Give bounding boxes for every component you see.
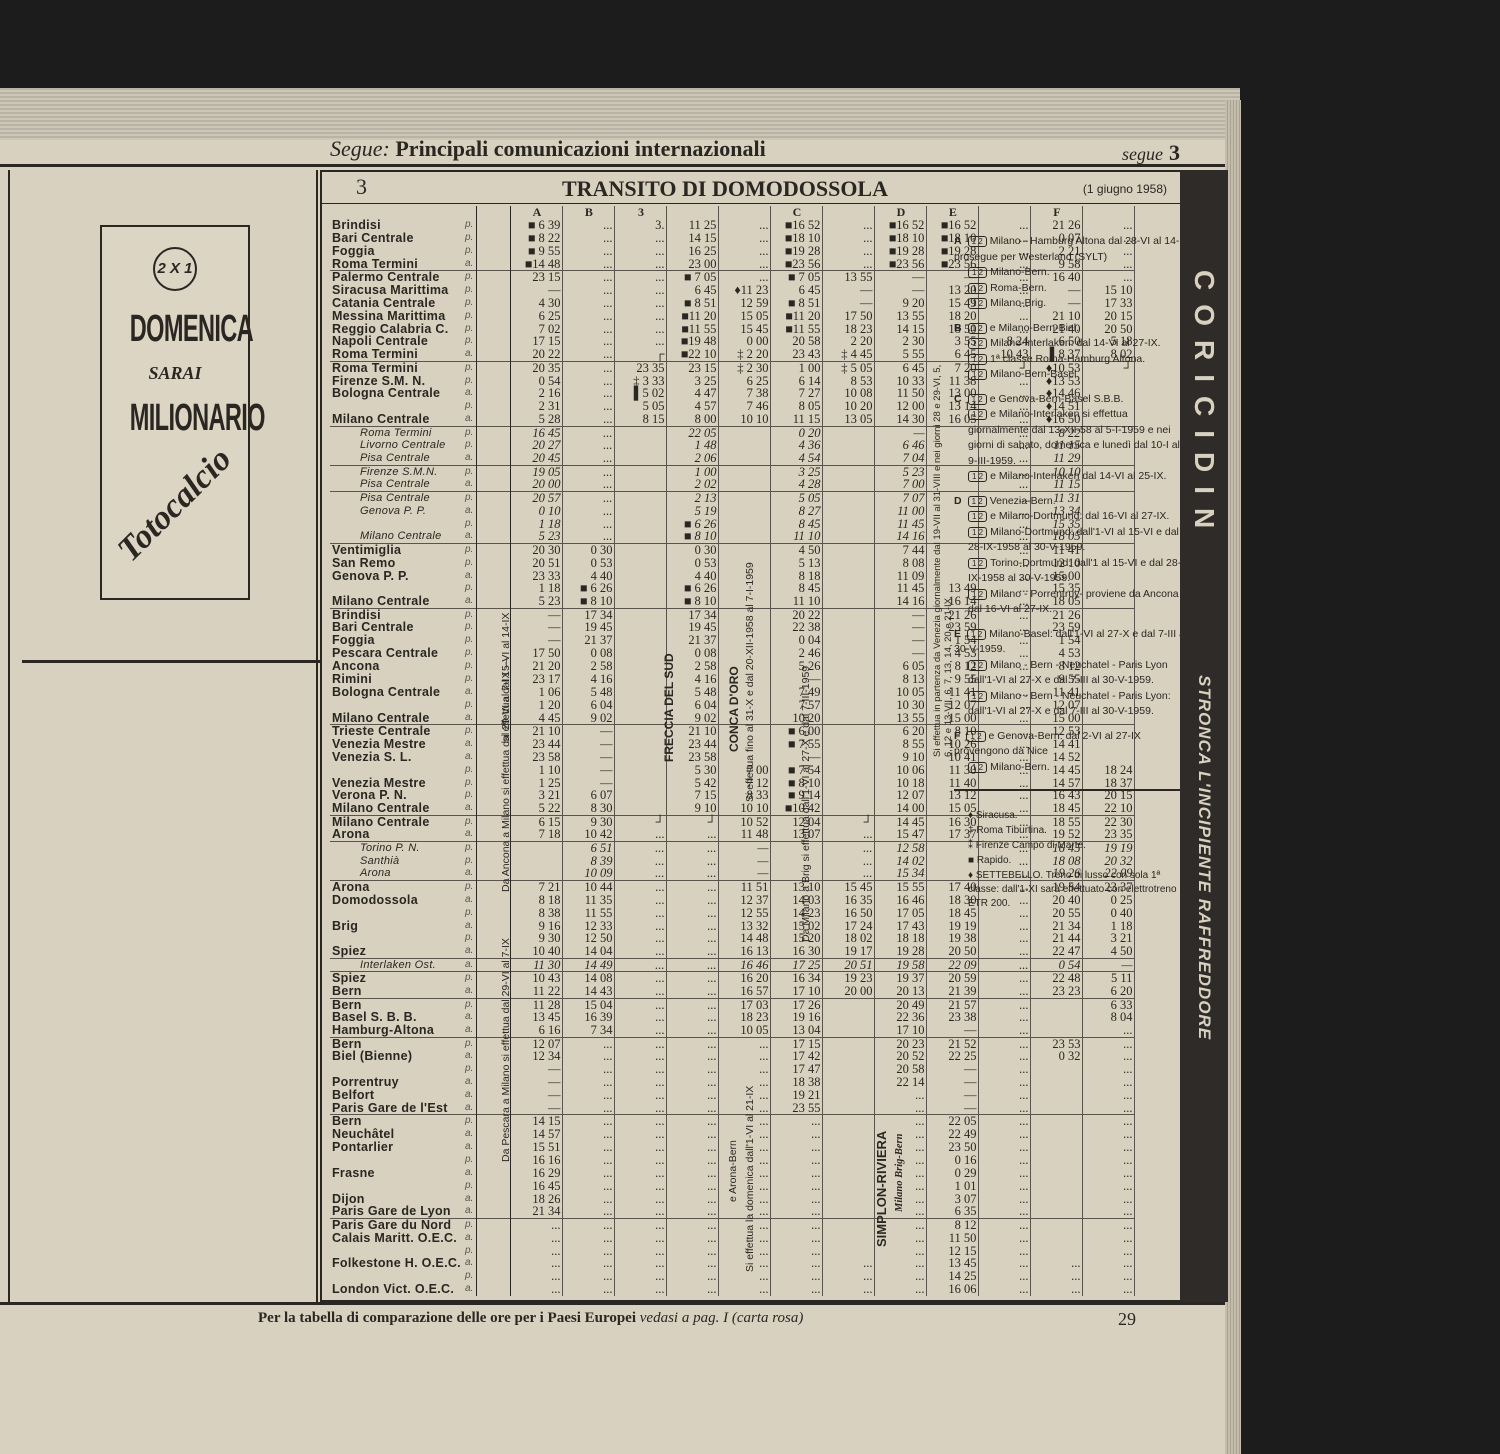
time-cell bbox=[615, 595, 667, 608]
table-title: TRANSITO DI DOMODOSSOLA bbox=[562, 176, 888, 202]
note-text: Venezia-Bern. bbox=[990, 495, 1056, 507]
time-cell: ... bbox=[979, 1283, 1031, 1296]
time-cell bbox=[1031, 1089, 1083, 1102]
arrival-departure-flag: a. bbox=[463, 1167, 477, 1180]
time-cell: ... bbox=[771, 1205, 823, 1218]
table-row: p......................12 15...... bbox=[330, 1244, 1135, 1257]
table-row: Folkestone H. O.E.C.a...................… bbox=[330, 1257, 1135, 1270]
time-cell: — bbox=[875, 647, 927, 660]
time-cell: 4 47 bbox=[667, 387, 719, 400]
route-line bbox=[477, 284, 511, 297]
time-cell: — bbox=[719, 867, 771, 880]
note-col-a-3: Da Pescara a Milano si effettua dal 29-V… bbox=[500, 772, 512, 1162]
station-name: Brig bbox=[330, 919, 463, 932]
time-cell: ... bbox=[1083, 1244, 1135, 1257]
time-cell: ... bbox=[563, 505, 615, 518]
carriage-icon: 1 2 bbox=[968, 369, 987, 380]
time-cell: ... bbox=[563, 1257, 615, 1270]
table-row: Paris Gare du Nordp.....................… bbox=[330, 1218, 1135, 1231]
time-cell: 16 25 bbox=[667, 245, 719, 258]
time-cell: 11 10 bbox=[771, 595, 823, 608]
time-cell: ... bbox=[979, 1037, 1031, 1050]
time-cell bbox=[823, 725, 875, 738]
time-cell: 10 30 bbox=[875, 699, 927, 712]
time-cell: 12 58 bbox=[875, 842, 927, 855]
time-cell: 11 10 bbox=[771, 530, 823, 543]
time-cell: 1 01 bbox=[927, 1180, 979, 1193]
time-cell bbox=[823, 1089, 875, 1102]
time-cell: ... bbox=[563, 1154, 615, 1167]
time-cell: 23 55 bbox=[771, 1102, 823, 1115]
time-cell: 7 00 bbox=[875, 478, 927, 491]
time-cell: 7 38 bbox=[719, 387, 771, 400]
time-cell: 2 13 bbox=[667, 491, 719, 504]
station-name: Siracusa Marittima bbox=[330, 284, 463, 297]
time-cell: ■ 8 51 bbox=[667, 297, 719, 310]
time-cell: 23 00 bbox=[667, 258, 719, 271]
time-cell: ... bbox=[667, 1128, 719, 1141]
time-cell: ... bbox=[979, 1089, 1031, 1102]
time-cell: 0 54 bbox=[1031, 958, 1083, 972]
time-cell bbox=[823, 634, 875, 647]
time-cell: ... bbox=[615, 1076, 667, 1089]
time-cell: 8 15 bbox=[615, 413, 667, 426]
column-header: A bbox=[511, 206, 563, 219]
legend-item: ■ Rapido. bbox=[968, 854, 1190, 868]
arrival-departure-flag: p. bbox=[463, 789, 477, 802]
time-cell: 21 34 bbox=[511, 1205, 563, 1218]
time-cell: ... bbox=[667, 1205, 719, 1218]
station-name: Arona bbox=[330, 867, 463, 880]
time-cell: ... bbox=[1083, 1089, 1135, 1102]
station-name: Firenze S.M.N. bbox=[330, 465, 463, 478]
time-cell: 15 55 bbox=[875, 881, 927, 894]
time-cell bbox=[1031, 1154, 1083, 1167]
legend-item: ‡ Roma Tiburtina. bbox=[968, 824, 1190, 838]
time-cell bbox=[615, 465, 667, 478]
time-cell: ... bbox=[615, 322, 667, 335]
time-cell: ■19 28 bbox=[875, 245, 927, 258]
legend-symbol-icon: ■ bbox=[968, 855, 977, 866]
time-cell bbox=[615, 673, 667, 686]
time-cell: ... bbox=[1083, 1063, 1135, 1076]
time-cell: 20 58 bbox=[875, 1063, 927, 1076]
time-cell bbox=[615, 569, 667, 582]
time-cell bbox=[615, 530, 667, 543]
station-name: Pescara Centrale bbox=[330, 647, 463, 660]
time-cell: 5 28 bbox=[511, 413, 563, 426]
time-cell: 16 06 bbox=[927, 1283, 979, 1296]
time-cell: 19 21 bbox=[771, 1089, 823, 1102]
time-cell: ... bbox=[615, 1180, 667, 1193]
time-cell: ... bbox=[563, 348, 615, 361]
station-name: Venezia Mestre bbox=[330, 738, 463, 751]
time-cell: 8 12 bbox=[927, 1218, 979, 1231]
time-cell: 7 21 bbox=[511, 881, 563, 894]
time-cell: 14 43 bbox=[563, 985, 615, 998]
station-name: Venezia S. L. bbox=[330, 751, 463, 764]
time-cell bbox=[823, 582, 875, 595]
time-cell: ▌5 02 bbox=[615, 387, 667, 400]
time-cell bbox=[823, 1011, 875, 1024]
time-cell: 14 57 bbox=[511, 1128, 563, 1141]
note-text: Milano-Bern-Basel. bbox=[990, 368, 1079, 380]
time-cell: ... bbox=[615, 1063, 667, 1076]
time-cell: ... bbox=[979, 219, 1031, 232]
time-cell bbox=[823, 569, 875, 582]
time-cell: 10 06 bbox=[875, 764, 927, 777]
time-cell: 15 34 bbox=[875, 867, 927, 880]
time-cell: ■16 52 bbox=[875, 219, 927, 232]
station-name: Bologna Centrale bbox=[330, 686, 463, 699]
time-cell: ... bbox=[1083, 1283, 1135, 1296]
arrival-departure-flag: a. bbox=[463, 985, 477, 998]
note-block-f: F1 2e Genova-Bern: dal 2-VI al 27-IX pro… bbox=[954, 729, 1190, 776]
time-cell: ■ 8 10 bbox=[771, 776, 823, 789]
time-cell: ... bbox=[563, 374, 615, 387]
note-key: A bbox=[954, 235, 962, 247]
time-cell: 10 44 bbox=[563, 881, 615, 894]
time-cell bbox=[615, 802, 667, 815]
time-cell: 19 28 bbox=[875, 945, 927, 958]
time-cell bbox=[823, 1244, 875, 1257]
time-cell: ■ 8 10 bbox=[563, 595, 615, 608]
time-cell bbox=[615, 621, 667, 634]
time-cell: ■23 56 bbox=[875, 258, 927, 271]
time-cell: ... bbox=[563, 387, 615, 400]
route-line bbox=[477, 1283, 511, 1296]
time-cell: 21 39 bbox=[927, 985, 979, 998]
time-cell bbox=[615, 776, 667, 789]
time-cell: ... bbox=[667, 1270, 719, 1283]
legend-text: Siracusa. bbox=[976, 810, 1018, 821]
time-cell: ... bbox=[979, 1270, 1031, 1283]
carriage-icon: 1 2 bbox=[968, 298, 987, 309]
note-text: Milano-Basel: dall'1-VI al 27-X e dal 7-… bbox=[954, 628, 1187, 656]
time-cell: — bbox=[563, 725, 615, 738]
station-name: Trieste Centrale bbox=[330, 725, 463, 738]
time-cell: 17 10 bbox=[875, 1024, 927, 1037]
time-cell bbox=[823, 1076, 875, 1089]
time-cell: ... bbox=[875, 1257, 927, 1270]
time-cell: 21 20 bbox=[511, 660, 563, 673]
note-text: Milano - Bern - Neuchatel - Paris Lyon d… bbox=[968, 659, 1168, 687]
station-name: Ventimiglia bbox=[330, 543, 463, 556]
time-cell: 22 49 bbox=[927, 1128, 979, 1141]
time-cell bbox=[1031, 1192, 1083, 1205]
time-cell: 0 53 bbox=[563, 556, 615, 569]
arrival-departure-flag: p. bbox=[463, 647, 477, 660]
time-cell bbox=[823, 1024, 875, 1037]
time-cell: ... bbox=[1083, 1205, 1135, 1218]
time-cell bbox=[1031, 1244, 1083, 1257]
time-cell: — bbox=[511, 608, 563, 621]
time-cell: 10 08 bbox=[823, 387, 875, 400]
arrival-departure-flag: p. bbox=[463, 582, 477, 595]
time-cell: ... bbox=[615, 1218, 667, 1231]
time-cell: — bbox=[927, 1076, 979, 1089]
time-cell: ... bbox=[667, 1283, 719, 1296]
table-number: 3 bbox=[356, 174, 367, 200]
time-cell: ... bbox=[615, 828, 667, 841]
time-cell bbox=[1031, 1102, 1083, 1115]
coricidin-ad: CORICIDIN STRONCA L'INCIPIENTE RAFFREDDO… bbox=[1180, 170, 1228, 1302]
time-cell: ... bbox=[615, 1244, 667, 1257]
station-name: Arona bbox=[330, 881, 463, 894]
time-cell bbox=[1031, 1218, 1083, 1231]
note-text: Milano-Interlaken: dal 14-VI al 27-IX. bbox=[990, 337, 1160, 349]
time-cell: ... bbox=[823, 245, 875, 258]
column-header bbox=[979, 206, 1031, 219]
arrival-departure-flag: p. bbox=[463, 426, 477, 439]
carriage-icon: 1 2 bbox=[968, 762, 987, 773]
time-cell: 5 05 bbox=[771, 491, 823, 504]
notes-panel: A1 2Milano - Hamburg Altona dal 28-VI al… bbox=[954, 234, 1190, 912]
time-cell: ... bbox=[979, 1232, 1031, 1245]
time-cell: 6 04 bbox=[563, 699, 615, 712]
time-cell: ... bbox=[615, 919, 667, 932]
time-cell: 6 45 bbox=[667, 284, 719, 297]
time-cell: 8 18 bbox=[511, 894, 563, 907]
time-cell: ... bbox=[615, 894, 667, 907]
time-cell: 14 16 bbox=[875, 530, 927, 543]
time-cell: ... bbox=[979, 1102, 1031, 1115]
time-cell: 11 50 bbox=[927, 1232, 979, 1245]
time-cell: ... bbox=[823, 828, 875, 841]
time-cell bbox=[823, 738, 875, 751]
time-cell bbox=[615, 634, 667, 647]
time-cell: 19 45 bbox=[563, 621, 615, 634]
legend-item: ⁑ Firenze Campo di Marte. bbox=[968, 839, 1190, 853]
time-cell: ... bbox=[719, 245, 771, 258]
time-cell: ... bbox=[667, 1232, 719, 1245]
arrival-departure-flag: p. bbox=[463, 660, 477, 673]
time-cell: 6 33 bbox=[1083, 998, 1135, 1011]
time-cell bbox=[1031, 998, 1083, 1011]
note-text: Milano - Bern - Neuchatel - Paris Lyon: … bbox=[968, 690, 1171, 718]
station-name: Foggia bbox=[330, 634, 463, 647]
time-cell: 15 05 bbox=[719, 310, 771, 323]
time-cell: 6 45 bbox=[771, 284, 823, 297]
time-cell: ... bbox=[979, 1141, 1031, 1154]
time-cell bbox=[823, 1141, 875, 1154]
station-name: Pisa Centrale bbox=[330, 491, 463, 504]
arrival-departure-flag: p. bbox=[463, 1244, 477, 1257]
time-cell bbox=[823, 1218, 875, 1231]
table-row: Bernp.11 2815 04......17 0317 2620 4921 … bbox=[330, 998, 1135, 1011]
footer-rule bbox=[0, 1302, 1225, 1305]
time-cell: 17 43 bbox=[875, 919, 927, 932]
time-cell bbox=[615, 543, 667, 556]
time-cell: ... bbox=[615, 1037, 667, 1050]
time-cell bbox=[823, 1154, 875, 1167]
time-cell: ... bbox=[719, 1270, 771, 1283]
time-cell: 23 44 bbox=[511, 738, 563, 751]
time-cell: 11 00 bbox=[875, 505, 927, 518]
carriage-icon: 1 2 bbox=[968, 267, 987, 278]
time-cell: ... bbox=[979, 958, 1031, 972]
table-row: Berna.11 2214 43......16 5717 1020 0020 … bbox=[330, 985, 1135, 998]
arrival-departure-flag: p. bbox=[463, 335, 477, 348]
time-cell bbox=[1031, 1167, 1083, 1180]
station-name: Paris Gare du Nord bbox=[330, 1218, 463, 1231]
time-cell bbox=[615, 608, 667, 621]
time-cell: ... bbox=[511, 1257, 563, 1270]
note-venezia: Si effettua in partenza da Venezia giorn… bbox=[932, 357, 956, 757]
time-cell bbox=[615, 789, 667, 802]
time-cell: ... bbox=[771, 1128, 823, 1141]
arrival-departure-flag: p. bbox=[463, 284, 477, 297]
time-cell bbox=[615, 647, 667, 660]
time-cell: ... bbox=[563, 284, 615, 297]
time-cell: ... bbox=[667, 1076, 719, 1089]
time-cell: 17 50 bbox=[823, 310, 875, 323]
time-cell: ... bbox=[1083, 1037, 1135, 1050]
route-line bbox=[477, 387, 511, 400]
station-name: Pisa Centrale bbox=[330, 478, 463, 491]
time-cell: 22 47 bbox=[1031, 945, 1083, 958]
time-cell: ... bbox=[667, 1102, 719, 1115]
time-cell: — bbox=[511, 284, 563, 297]
time-cell bbox=[1031, 1076, 1083, 1089]
time-cell: 14 15 bbox=[875, 322, 927, 335]
time-cell bbox=[615, 426, 667, 439]
time-cell: — bbox=[563, 764, 615, 777]
arrival-departure-flag: p. bbox=[463, 517, 477, 530]
station-name: Roma Termini bbox=[330, 361, 463, 374]
route-line bbox=[477, 219, 511, 232]
time-cell: ... bbox=[563, 219, 615, 232]
station-name: Milano Centrale bbox=[330, 413, 463, 426]
time-cell: 11 15 bbox=[771, 413, 823, 426]
note-text: Torino-Dortmund: dall'1 al 15-VI e dal 2… bbox=[968, 557, 1181, 585]
note-key: B bbox=[954, 322, 962, 334]
time-cell: 5 23 bbox=[511, 595, 563, 608]
time-cell: 9 16 bbox=[511, 919, 563, 932]
station-name: Domodossola bbox=[330, 894, 463, 907]
route-line bbox=[477, 1257, 511, 1270]
note-text: e Genova-Bern-Basel S.B.B. bbox=[990, 393, 1124, 405]
carriage-icon: 1 2 bbox=[968, 511, 987, 522]
time-cell bbox=[823, 491, 875, 504]
route-line bbox=[477, 1218, 511, 1231]
note-line: 1 2Milano-Interlaken: dal 14-VI al 27-IX… bbox=[954, 336, 1190, 352]
legend-item: ♦ SETTEBELLO. Treno di lusso con sola 1ª… bbox=[968, 869, 1190, 911]
arrival-departure-flag: a. bbox=[463, 478, 477, 491]
time-cell: ... bbox=[823, 1283, 875, 1296]
time-cell: ... bbox=[979, 1167, 1031, 1180]
time-cell: 5 48 bbox=[563, 686, 615, 699]
time-cell: ... bbox=[563, 1270, 615, 1283]
time-cell: 15 04 bbox=[563, 998, 615, 1011]
station-name bbox=[330, 1063, 463, 1076]
coricidin-slogan: STRONCA L'INCIPIENTE RAFFREDDORE bbox=[1194, 675, 1214, 1040]
carriage-icon: 1 2 bbox=[968, 283, 987, 294]
time-cell: ... bbox=[719, 258, 771, 271]
time-cell: 12 15 bbox=[927, 1244, 979, 1257]
gap-header bbox=[477, 206, 511, 219]
time-cell: ... bbox=[1083, 1115, 1135, 1128]
table-row: London Vict. O.E.C.a....................… bbox=[330, 1283, 1135, 1296]
timetable-panel: 3 TRANSITO DI DOMODOSSOLA (1 giugno 1958… bbox=[320, 170, 1195, 1302]
arrival-departure-flag: p. bbox=[463, 1063, 477, 1076]
time-cell: ... bbox=[615, 958, 667, 972]
time-cell: ... bbox=[1031, 1270, 1083, 1283]
time-cell: ... bbox=[563, 1218, 615, 1231]
note-block-c: C1 2e Genova-Bern-Basel S.B.B.1 2e Milan… bbox=[954, 392, 1190, 485]
time-cell bbox=[1031, 1180, 1083, 1193]
station-name: Santhià bbox=[330, 855, 463, 868]
time-cell: ... bbox=[563, 1141, 615, 1154]
station-name: Calais Maritt. O.E.C. bbox=[330, 1232, 463, 1245]
note-block-b: B1 2e Milano-Bern-Biel.1 2Milano-Interla… bbox=[954, 321, 1190, 383]
carriage-icon: 1 2 bbox=[968, 660, 987, 671]
time-cell: 5 55 bbox=[875, 348, 927, 361]
time-cell: 23 15 bbox=[667, 361, 719, 374]
time-cell: 16 16 bbox=[511, 1154, 563, 1167]
time-cell: — bbox=[875, 621, 927, 634]
time-cell: ... bbox=[875, 1270, 927, 1283]
time-cell: 14 03 bbox=[771, 894, 823, 907]
time-cell: ... bbox=[823, 232, 875, 245]
time-cell: ... bbox=[563, 478, 615, 491]
station-name: Belfort bbox=[330, 1089, 463, 1102]
time-cell: ■ 8 22 bbox=[511, 232, 563, 245]
time-cell bbox=[719, 465, 771, 478]
time-cell: 22 09 bbox=[927, 958, 979, 972]
time-cell: ■ 7 05 bbox=[667, 271, 719, 284]
time-cell: 3 25 bbox=[667, 374, 719, 387]
time-cell: ... bbox=[615, 1205, 667, 1218]
time-cell: 12 59 bbox=[719, 297, 771, 310]
time-cell bbox=[1031, 1024, 1083, 1037]
time-cell: ■ 7 05 bbox=[771, 271, 823, 284]
note-line: 1 2Torino-Dortmund: dall'1 al 15-VI e da… bbox=[954, 556, 1190, 587]
station-name: Brindisi bbox=[330, 608, 463, 621]
time-cell: ‡ 2 20 bbox=[719, 348, 771, 361]
arrival-departure-flag: p. bbox=[463, 491, 477, 504]
time-cell: ■11 55 bbox=[667, 322, 719, 335]
time-cell bbox=[719, 426, 771, 439]
time-cell: ... bbox=[563, 491, 615, 504]
time-cell bbox=[719, 439, 771, 452]
note-text: Milano - Porrentruy- proviene da Ancona … bbox=[968, 588, 1179, 616]
ad-line-domenica: DOMENICA bbox=[130, 299, 221, 359]
arrival-departure-flag: a. bbox=[463, 387, 477, 400]
route-line bbox=[477, 1167, 511, 1180]
time-cell bbox=[823, 764, 875, 777]
carriage-icon: 1 2 bbox=[968, 323, 987, 334]
legend-symbol-icon: ⁑ bbox=[968, 840, 976, 851]
carriage-icon: 1 2 bbox=[968, 527, 987, 538]
note-line: 1 2e Milano-Interlaken dal 14-VI al 25-I… bbox=[954, 469, 1190, 485]
time-cell: 9 02 bbox=[563, 712, 615, 725]
column-header: F bbox=[1031, 206, 1083, 219]
time-cell: ... bbox=[1083, 1180, 1135, 1193]
time-cell bbox=[823, 789, 875, 802]
time-cell: — bbox=[771, 673, 823, 686]
time-cell: ... bbox=[563, 426, 615, 439]
time-cell: 20 22 bbox=[771, 608, 823, 621]
time-cell: ... bbox=[667, 919, 719, 932]
station-name: Neuchâtel bbox=[330, 1128, 463, 1141]
time-cell: 4 45 bbox=[511, 712, 563, 725]
time-cell bbox=[823, 776, 875, 789]
arrival-departure-flag: p. bbox=[463, 1037, 477, 1050]
time-cell: — bbox=[771, 751, 823, 764]
time-cell: ■ 6 39 bbox=[511, 219, 563, 232]
column-header bbox=[667, 206, 719, 219]
